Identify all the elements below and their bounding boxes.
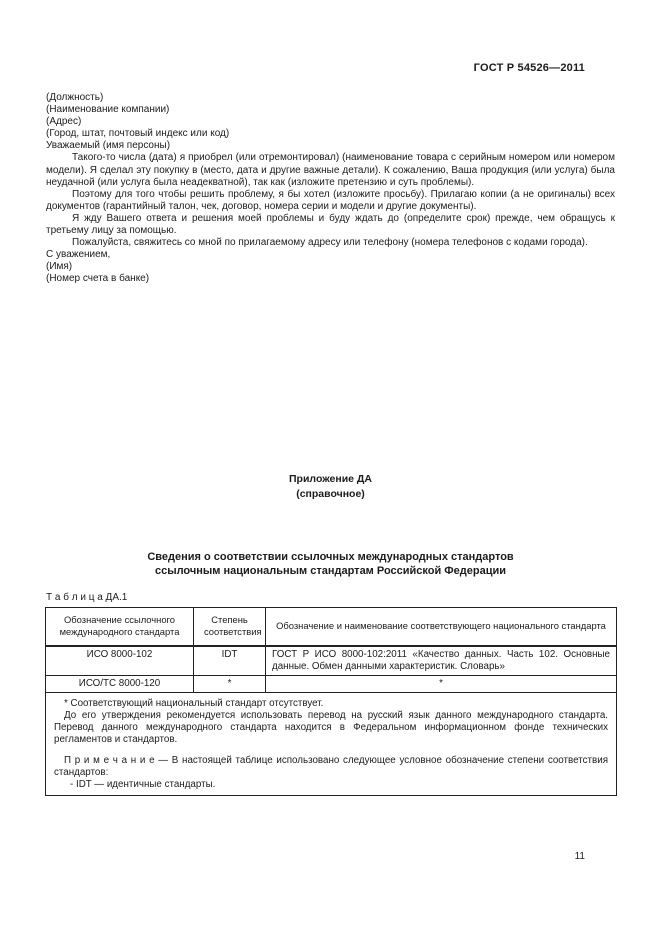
note-label: П р и м е ч а н и е xyxy=(64,755,155,766)
cell-degree: IDT xyxy=(194,646,266,676)
table-footnote-cell: * Соответствующий национальный стандарт … xyxy=(46,692,617,795)
annex-heading-line1: Сведения о соответствии ссылочных междун… xyxy=(46,550,615,564)
standards-correspondence-table: Обозначение ссылочного международного ст… xyxy=(45,607,617,796)
letter-paragraph: Пожалуйста, свяжитесь со мной по прилага… xyxy=(46,237,615,249)
letter-line-position: (Должность) xyxy=(46,92,615,104)
table-caption: Т а б л и ц а ДА.1 xyxy=(46,592,127,603)
cell-national-standard: ГОСТ Р ИСО 8000-102:2011 «Качество данны… xyxy=(266,646,617,676)
col-header-national-standard: Обозначение и наименование соответствующ… xyxy=(266,608,617,646)
footnote-line: До его утверждения рекомендуется использ… xyxy=(54,710,608,746)
footnote-line: * Соответствующий национальный стандарт … xyxy=(54,698,608,710)
cell-intl-standard: ИСО 8000-102 xyxy=(46,646,194,676)
page-number: 11 xyxy=(575,851,585,862)
annex-subtitle: (справочное) xyxy=(46,487,615,502)
letter-closing-name: (Имя) xyxy=(46,261,615,273)
table-row: ИСО 8000-102 IDT ГОСТ Р ИСО 8000-102:201… xyxy=(46,646,617,676)
annex-title: Приложение ДА xyxy=(46,472,615,487)
letter-paragraph: Такого-то числа (дата) я приобрел (или о… xyxy=(46,152,615,188)
letter-line-salutation: Уважаемый (имя персоны) xyxy=(46,140,615,152)
note-item: - IDT — идентичные стандарты. xyxy=(54,779,608,791)
letter-line-city: (Город, штат, почтовый индекс или код) xyxy=(46,128,615,140)
document-page: ГОСТ Р 54526—2011 (Должность) (Наименова… xyxy=(0,0,661,936)
cell-intl-standard: ИСО/ТС 8000-120 xyxy=(46,675,194,692)
table-header-row: Обозначение ссылочного международного ст… xyxy=(46,608,617,646)
col-header-international-standard: Обозначение ссылочного международного ст… xyxy=(46,608,194,646)
annex-title-block: Приложение ДА (справочное) xyxy=(46,472,615,502)
table-row: ИСО/ТС 8000-120 * * xyxy=(46,675,617,692)
col-header-degree: Степень соответствия xyxy=(194,608,266,646)
doc-code-header: ГОСТ Р 54526—2011 xyxy=(474,62,585,74)
letter-line-address: (Адрес) xyxy=(46,116,615,128)
note-line: П р и м е ч а н и е — В настоящей таблиц… xyxy=(54,755,608,779)
letter-paragraph: Поэтому для того чтобы решить проблему, … xyxy=(46,189,615,213)
letter-line-company: (Наименование компании) xyxy=(46,104,615,116)
letter-paragraph: Я жду Вашего ответа и решения моей пробл… xyxy=(46,213,615,237)
cell-degree: * xyxy=(194,675,266,692)
letter-closing-account: (Номер счета в банке) xyxy=(46,273,615,285)
annex-heading-line2: ссылочным национальным стандартам Россий… xyxy=(46,564,615,578)
table-footnote-row: * Соответствующий национальный стандарт … xyxy=(46,692,617,795)
letter-template-block: (Должность) (Наименование компании) (Адр… xyxy=(46,92,615,286)
cell-national-standard: * xyxy=(266,675,617,692)
letter-closing: С уважением, xyxy=(46,249,615,261)
annex-heading: Сведения о соответствии ссылочных междун… xyxy=(46,550,615,578)
